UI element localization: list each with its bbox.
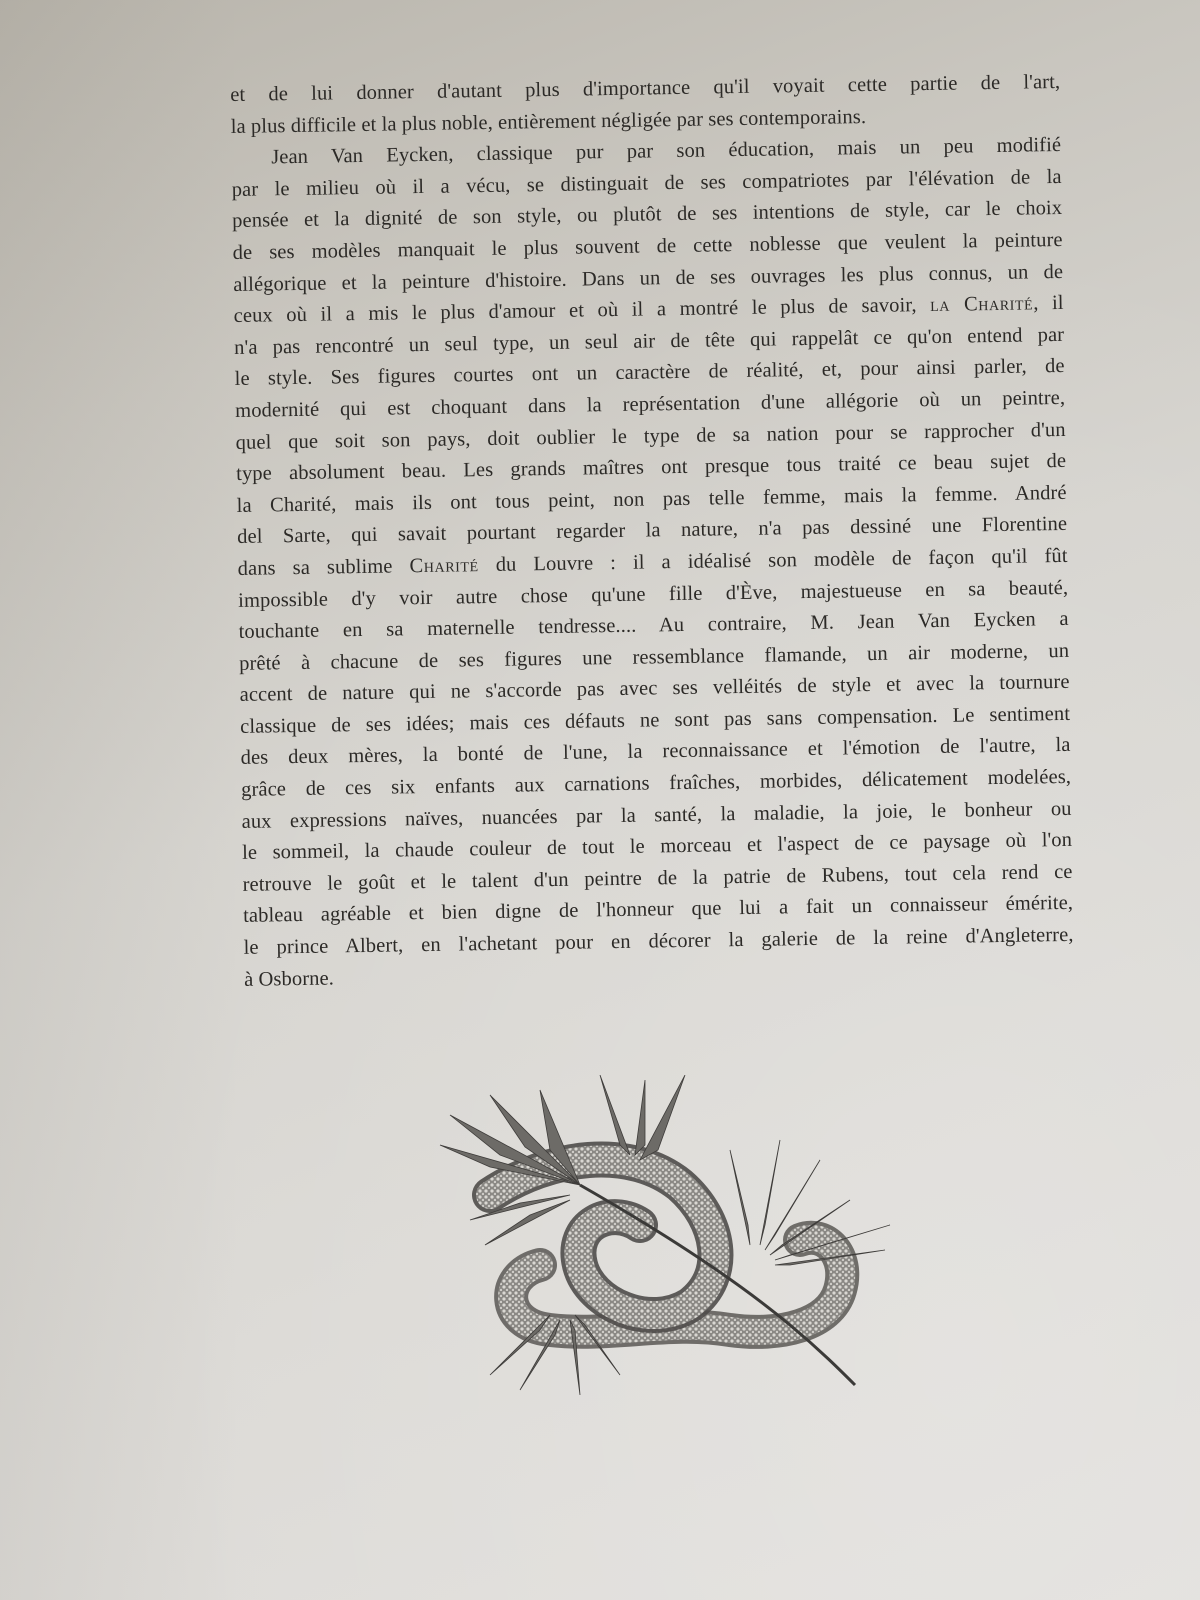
small-caps-title: la Charité — [930, 293, 1033, 317]
paragraph-2: Jean Van Eycken, classique pur par son é… — [231, 130, 1074, 996]
body-text: et de lui donner d'autant plus d'importa… — [230, 67, 1074, 996]
small-caps-title: Charité — [409, 554, 479, 577]
floral-wreath-engraving-icon — [430, 1075, 900, 1395]
